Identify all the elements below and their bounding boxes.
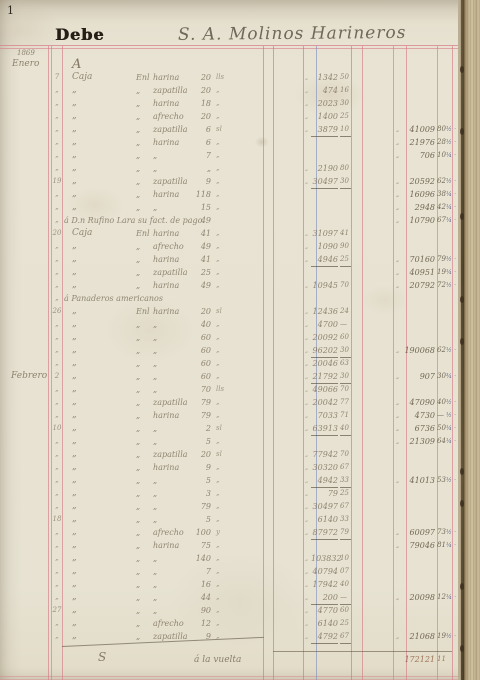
fraction-cell: ¼: [446, 188, 454, 201]
item-lead-cell: „: [136, 513, 152, 526]
item-lead-cell: „: [136, 474, 152, 487]
item-lead-cell: „: [136, 175, 152, 188]
account-name-cell: „: [72, 110, 132, 123]
quantity-cell: 5: [195, 474, 211, 487]
ledger-row: „ „ „ „ 60 „ „ 96202 30 „ 190068 62 ½ ·: [0, 344, 480, 357]
cents-col2-cell: 67: [437, 214, 446, 227]
quantity-cell: 49: [195, 279, 211, 292]
unit-cell: „: [216, 539, 234, 552]
day-cell: „: [50, 487, 64, 500]
amount-col1-cell: 6140: [311, 617, 338, 630]
quantity-cell: 25: [195, 266, 211, 279]
cents-col1-cell: 67: [340, 630, 351, 644]
ledger-row: „ „ „ zapatilla 79 „ „ 20042 77 „ 47090 …: [0, 396, 480, 409]
unit-cell: „: [216, 266, 234, 279]
account-name-cell: „: [72, 500, 132, 513]
item-cell: „: [153, 344, 197, 357]
fraction-cell: ½: [446, 136, 454, 149]
cents-col2-cell: 42: [437, 201, 446, 214]
unit-cell: „: [216, 435, 234, 448]
amount-col1-cell: 12436: [311, 305, 338, 318]
cents-col1-cell: —: [340, 591, 351, 605]
ledger-row: „ „ „ „ 7 „ „ 40794 07: [0, 565, 480, 578]
quantity-cell: 7: [195, 565, 211, 578]
item-cell: „: [153, 552, 197, 565]
amount-col2-cell: 20098: [403, 591, 435, 604]
item-cell: „: [153, 162, 197, 175]
ink-blob: [460, 213, 464, 220]
account-name-cell: „: [72, 474, 132, 487]
item-lead-cell: „: [136, 266, 152, 279]
ledger-row: „ „ „ zapatilla 25 „ „ 40951 19 ¼ ·: [0, 266, 480, 279]
cents-col1-cell: 40: [340, 422, 351, 436]
item-lead-cell: „: [136, 123, 152, 136]
account-name-cell: „: [72, 487, 132, 500]
ledger-row: 18 „ „ „ 5 „ „ 6140 33: [0, 513, 480, 526]
quantity-cell: 20: [195, 110, 211, 123]
ledger-row: „ „ „ harina 118 „ „ 16096 38 ¼ ·: [0, 188, 480, 201]
unit-cell: „: [216, 136, 234, 149]
amount-col1-cell: 49066: [311, 383, 338, 396]
day-cell: „: [50, 591, 64, 604]
ink-blob: [460, 128, 464, 135]
account-name-cell: „: [72, 305, 132, 318]
quantity-cell: 20: [195, 305, 211, 318]
item-cell: harina: [153, 279, 197, 292]
item-lead-cell: „: [136, 578, 152, 591]
cents-col2-cell: 12: [437, 591, 446, 604]
ink-blob: [460, 66, 464, 73]
item-cell: „: [153, 149, 197, 162]
day-cell: „: [50, 331, 64, 344]
unit-cell: „: [216, 617, 234, 630]
account-name-cell: „: [72, 279, 132, 292]
ledger-row: 7 Caja Enl harina 20 lls „ 1342 50: [0, 71, 480, 84]
item-cell: „: [153, 604, 197, 617]
cents-col2-cell: 72: [437, 279, 446, 292]
amount-col1-cell: 200: [311, 591, 338, 605]
cents-col1-cell: 25: [340, 487, 351, 500]
fraction-cell: ¼: [446, 539, 454, 552]
ledger-row: 26 „ Enl harina 20 sl „ 12436 24: [0, 305, 480, 318]
unit-cell: lls: [216, 71, 234, 84]
head-rule-bottom: [0, 48, 458, 49]
item-lead-cell: „: [136, 487, 152, 500]
unit-cell: „: [216, 331, 234, 344]
account-name-cell: „: [72, 565, 132, 578]
account-name-cell: „: [72, 461, 132, 474]
quantity-cell: 41: [195, 227, 211, 240]
day-cell: „: [50, 240, 64, 253]
ledger-row: „ „ „ „ 5 „ „ 4942 33 „ 41013 53 ½ ·: [0, 474, 480, 487]
item-cell: „: [153, 513, 197, 526]
cents-col2-cell: 30: [437, 370, 446, 383]
fraction-cell: ½: [446, 526, 454, 539]
day-cell: 26: [50, 305, 64, 318]
account-name-cell: „: [72, 435, 132, 448]
head-rule-top: [0, 45, 458, 46]
account-name-cell: „: [72, 136, 132, 149]
foot-rule-top: [0, 676, 458, 677]
account-name-cell: „: [72, 617, 132, 630]
item-cell: „: [153, 370, 197, 383]
account-name-cell: „: [72, 201, 132, 214]
unit-cell: „: [216, 591, 234, 604]
amount-col2-cell: 60097: [403, 526, 435, 539]
amount-col2-cell: 21068: [403, 630, 435, 643]
account-name-cell: „: [72, 578, 132, 591]
unit-cell: „: [216, 240, 234, 253]
unit-cell: „: [216, 357, 234, 370]
item-cell: „: [153, 331, 197, 344]
amount-col2-cell: 16096: [403, 188, 435, 201]
fraction-cell: ¼: [446, 422, 454, 435]
item-lead-cell: Enl: [136, 71, 152, 84]
ledger-row: „ „ „ afrecho 49 „ „ 1090 90: [0, 240, 480, 253]
quantity-cell: 40: [195, 318, 211, 331]
cents-col1-cell: 10: [340, 552, 351, 565]
amount-col1-cell: 1090: [311, 240, 338, 253]
unit-cell: y: [216, 526, 234, 539]
cents-col2-cell: 64: [437, 435, 446, 448]
ledger-row: „ „ „ „ 44 „ „ 200 — „ 20098 12 ¼ ·: [0, 591, 480, 604]
fraction-cell: ½: [446, 175, 454, 188]
amount-col1-cell: 4792: [311, 630, 338, 644]
account-name-cell: „: [72, 409, 132, 422]
unit-cell: „: [216, 370, 234, 383]
fraction-cell: ½: [446, 396, 454, 409]
quantity-cell: 44: [195, 591, 211, 604]
unit-cell: „: [216, 84, 234, 97]
amount-col1-cell: 40794: [311, 565, 338, 578]
cents-col1-cell: 70: [340, 279, 351, 292]
ledger-row: „ 49 „ 10790 67 ¼ · á D.n Rufino Lara su…: [0, 214, 480, 227]
amount-col1-cell: 2023: [311, 97, 338, 110]
amount-col1-cell: 31097: [311, 227, 338, 240]
unit-cell: „: [216, 97, 234, 110]
account-name-cell: „: [72, 253, 132, 266]
item-cell: afrecho: [153, 526, 197, 539]
amount-col1-cell: 2190: [311, 162, 338, 175]
item-lead-cell: „: [136, 344, 152, 357]
item-lead-cell: „: [136, 201, 152, 214]
item-lead-cell: „: [136, 357, 152, 370]
account-name-cell: „: [72, 318, 132, 331]
day-cell: „: [50, 357, 64, 370]
account-name-cell: „: [72, 84, 132, 97]
quantity-cell: 18: [195, 97, 211, 110]
ledger-row: 2 „ „ „ 60 „ „ 21792 30 „ 907 30 ¾ ·: [0, 370, 480, 383]
day-cell: 2: [50, 370, 64, 383]
amount-col2-cell: 40951: [403, 266, 435, 279]
day-cell: „: [50, 474, 64, 487]
day-cell: „: [50, 500, 64, 513]
ledger-row: „ „ „ afrecho 12 „ „ 6140 25: [0, 617, 480, 630]
amount-col1-cell: 30497: [311, 175, 338, 189]
quantity-cell: 79: [195, 409, 211, 422]
ledger-row: „ „ „ „ 70 lls „ 49066 70: [0, 383, 480, 396]
ledger-row: „ „ „ harina 79 „ „ 7033 71 „ 4730 — ½ ·: [0, 409, 480, 422]
ledger-row: „ „ „ „ 5 „ „ 21309 64 ¼ ·: [0, 435, 480, 448]
cents-col1-cell: 16: [340, 84, 351, 97]
day-cell: „: [50, 383, 64, 396]
account-name-cell: „: [72, 175, 132, 188]
amount-col1-cell: 1342: [311, 71, 338, 84]
amount-col2-cell: 20792: [403, 279, 435, 292]
account-name-cell: „: [72, 630, 132, 643]
item-cell: harina: [153, 136, 197, 149]
day-cell: 7: [50, 71, 64, 84]
ledger-row: „ „ „ „ 3 „ „ 79 25: [0, 487, 480, 500]
day-cell: „: [50, 136, 64, 149]
amount-col2-cell: 21309: [403, 435, 435, 448]
item-lead-cell: „: [136, 383, 152, 396]
item-cell: harina: [153, 253, 197, 266]
cents-col1-cell: 33: [340, 474, 351, 488]
item-cell: harina: [153, 227, 197, 240]
day-cell: „: [50, 448, 64, 461]
day-cell: „: [50, 110, 64, 123]
day-cell: „: [50, 617, 64, 630]
debit-label: Debe: [55, 25, 104, 44]
ledger-row: „ „ „ harina 49 „ „ 10945 70 „ 20792 72 …: [0, 279, 480, 292]
day-cell: 18: [50, 513, 64, 526]
amount-col2-cell: 706: [403, 149, 435, 162]
day-cell: „: [50, 162, 64, 175]
item-lead-cell: Enl: [136, 227, 152, 240]
amount-col1-cell: 20092: [311, 331, 338, 344]
carry-forward-note: á la vuelta: [194, 655, 241, 665]
item-cell: harina: [153, 188, 197, 201]
quantity-cell: 140: [195, 552, 211, 565]
unit-cell: „: [216, 110, 234, 123]
quantity-cell: 79: [195, 500, 211, 513]
amount-col2-cell: 41013: [403, 474, 435, 487]
fraction-cell: ¾: [446, 370, 454, 383]
ledger-row: „ á Panaderos americanos: [0, 292, 480, 305]
unit-cell: lls: [216, 383, 234, 396]
item-cell: „: [153, 435, 197, 448]
ledger-page: 1 Debe S. A. Molinos Harineros 1869 Ener…: [0, 0, 480, 680]
amount-col1-cell: 30320: [311, 461, 338, 474]
day-cell: „: [50, 84, 64, 97]
day-cell: „: [50, 344, 64, 357]
ledger-row: „ „ „ „ 7 „ „ 706 10 ¼ ·: [0, 149, 480, 162]
item-lead-cell: „: [136, 162, 152, 175]
amount-col2-cell: 190068: [403, 344, 435, 357]
carry-forward-cents: 11: [437, 655, 446, 663]
ledger-row: „ „ „ zapatilla 20 sl „ 77942 70: [0, 448, 480, 461]
day-cell: „: [50, 201, 64, 214]
cents-col1-cell: 77: [340, 396, 351, 409]
cents-col2-cell: 10: [437, 149, 446, 162]
amount-col2-cell: 47090: [403, 396, 435, 409]
amount-col1-cell: 6140: [311, 513, 338, 526]
unit-cell: „: [216, 279, 234, 292]
day-cell: 19: [50, 175, 64, 188]
account-name-cell: „: [72, 539, 132, 552]
account-name-cell: „: [72, 552, 132, 565]
ledger-rows: A 7 Caja Enl harina 20 lls „ 1342 50 „ „…: [0, 58, 480, 643]
quantity-cell: 6: [195, 136, 211, 149]
item-lead-cell: „: [136, 435, 152, 448]
ledger-row: „ „ „ „ 40 „ „ 4700 —: [0, 318, 480, 331]
fraction-cell: ½: [446, 279, 454, 292]
cents-col1-cell: 30: [340, 97, 351, 110]
cents-col1-cell: 25: [340, 617, 351, 630]
fraction-cell: ½: [446, 409, 454, 422]
account-name-cell: „: [72, 357, 132, 370]
quantity-cell: 7: [195, 149, 211, 162]
unit-cell: „: [216, 396, 234, 409]
cents-col1-cell: 10: [340, 123, 351, 137]
amount-col2-cell: 21976: [403, 136, 435, 149]
item-cell: afrecho: [153, 617, 197, 630]
item-cell: afrecho: [153, 110, 197, 123]
unit-cell: „: [216, 565, 234, 578]
item-cell: „: [153, 565, 197, 578]
footer-flourish-mark: S: [98, 650, 106, 664]
item-lead-cell: „: [136, 461, 152, 474]
day-cell: „: [50, 526, 64, 539]
ledger-row: „ „ „ „ 60 „ „ 20046 63: [0, 357, 480, 370]
day-cell: „: [50, 266, 64, 279]
day-cell: „: [50, 461, 64, 474]
unit-cell: „: [216, 318, 234, 331]
quantity-cell: 15: [195, 201, 211, 214]
item-cell: harina: [153, 71, 197, 84]
amount-col2-cell: 2948: [403, 201, 435, 214]
amount-col2-cell: 10790: [403, 214, 435, 227]
account-name-cell: „: [72, 331, 132, 344]
ledger-row: „ „ „ zapatilla 9 „ „ 4792 67 „ 21068 19…: [0, 630, 480, 643]
quantity-cell: 100: [195, 526, 211, 539]
item-cell: „: [153, 591, 197, 604]
day-cell: „: [50, 123, 64, 136]
amount-col2-cell: 6736: [403, 422, 435, 435]
ledger-row: A: [0, 58, 480, 71]
amount-col2-cell: 79046: [403, 539, 435, 552]
amount-col1-cell: 63913: [311, 422, 338, 436]
day-cell: 10: [50, 422, 64, 435]
ink-blob: [460, 338, 464, 345]
item-lead-cell: „: [136, 84, 152, 97]
ledger-row: „ „ „ harina 75 „ „ 79046 81 ¼ ·: [0, 539, 480, 552]
unit-cell: „: [216, 149, 234, 162]
ledger-row: „ „ „ „ „ „ „ 2190 80: [0, 162, 480, 175]
account-name-cell: „: [72, 396, 132, 409]
day-cell: 27: [50, 604, 64, 617]
cents-col1-cell: 79: [340, 526, 351, 540]
item-lead-cell: „: [136, 253, 152, 266]
account-name-cell: „: [72, 240, 132, 253]
item-cell: zapatilla: [153, 266, 197, 279]
item-lead-cell: „: [136, 136, 152, 149]
quantity-cell: 60: [195, 331, 211, 344]
day-cell: „: [50, 279, 64, 292]
day-cell: „: [50, 396, 64, 409]
item-cell: „: [153, 500, 197, 513]
account-title: S. A. Molinos Harineros: [178, 23, 378, 45]
item-lead-cell: „: [136, 370, 152, 383]
item-lead-cell: „: [136, 149, 152, 162]
item-lead-cell: „: [136, 422, 152, 435]
account-name-cell: „: [72, 591, 132, 604]
cents-col2-cell: 80: [437, 123, 446, 136]
day-cell: „: [50, 565, 64, 578]
quantity-cell: 20: [195, 71, 211, 84]
amount-col2-cell: 20592: [403, 175, 435, 188]
day-cell: „: [50, 97, 64, 110]
day-cell: „: [50, 578, 64, 591]
amount-col1-cell: 21792: [311, 370, 338, 384]
ledger-row: „ „ „ „ 140 „ „ 103832 10: [0, 552, 480, 565]
item-lead-cell: „: [136, 591, 152, 604]
amount-col1-cell: 10945: [311, 279, 338, 292]
amount-col1-cell: 77942: [311, 448, 338, 461]
item-lead-cell: „: [136, 500, 152, 513]
amount-col2-cell: 70160: [403, 253, 435, 266]
cents-col2-cell: 62: [437, 344, 446, 357]
day-cell: „: [50, 318, 64, 331]
long-entry-cell: á D.n Rufino Lara su fact. de pago: [64, 214, 262, 227]
cents-col1-cell: —: [340, 318, 351, 331]
ledger-row: 27 „ „ „ 90 „ „ 4770 60: [0, 604, 480, 617]
item-lead-cell: „: [136, 331, 152, 344]
carry-forward-amount: 172121: [402, 655, 435, 664]
item-cell: zapatilla: [153, 175, 197, 188]
ledger-row: 20 Caja Enl harina 41 „ „ 31097 41: [0, 227, 480, 240]
margin-year: 1869: [17, 49, 35, 57]
quantity-cell: 2: [195, 422, 211, 435]
unit-cell: sl: [216, 448, 234, 461]
ledger-row: „ „ „ „ 16 „ „ 17942 40: [0, 578, 480, 591]
unit-cell: sl: [216, 305, 234, 318]
cents-col1-cell: 60: [340, 331, 351, 344]
unit-cell: „: [216, 201, 234, 214]
cents-col1-cell: 25: [340, 110, 351, 123]
amount-col1-cell: 7033: [311, 409, 338, 422]
item-lead-cell: „: [136, 97, 152, 110]
quantity-cell: 60: [195, 357, 211, 370]
fraction-cell: ½: [446, 123, 454, 136]
cents-col2-cell: 40: [437, 396, 446, 409]
cents-col1-cell: 71: [340, 409, 351, 422]
item-cell: zapatilla: [153, 448, 197, 461]
quantity-cell: 90: [195, 604, 211, 617]
day-cell: „: [50, 552, 64, 565]
cents-col1-cell: 40: [340, 578, 351, 591]
item-cell: afrecho: [153, 240, 197, 253]
account-name-cell: „: [72, 344, 132, 357]
ledger-row: „ „ „ afrecho 20 „ „ 1400 25: [0, 110, 480, 123]
quantity-cell: „: [195, 162, 211, 175]
fraction-cell: ¼: [446, 149, 454, 162]
cents-col1-cell: 30: [340, 370, 351, 384]
cents-col2-cell: 38: [437, 188, 446, 201]
cents-col1-cell: 80: [340, 162, 351, 175]
quantity-cell: 12: [195, 617, 211, 630]
cents-col1-cell: 33: [340, 513, 351, 526]
item-cell: harina: [153, 539, 197, 552]
fraction-cell: ¼: [446, 591, 454, 604]
fraction-cell: ½: [446, 630, 454, 643]
day-cell: „: [50, 214, 64, 227]
day-cell: „: [50, 409, 64, 422]
item-cell: harina: [153, 305, 197, 318]
cents-col1-cell: 24: [340, 305, 351, 318]
unit-cell: „: [216, 487, 234, 500]
